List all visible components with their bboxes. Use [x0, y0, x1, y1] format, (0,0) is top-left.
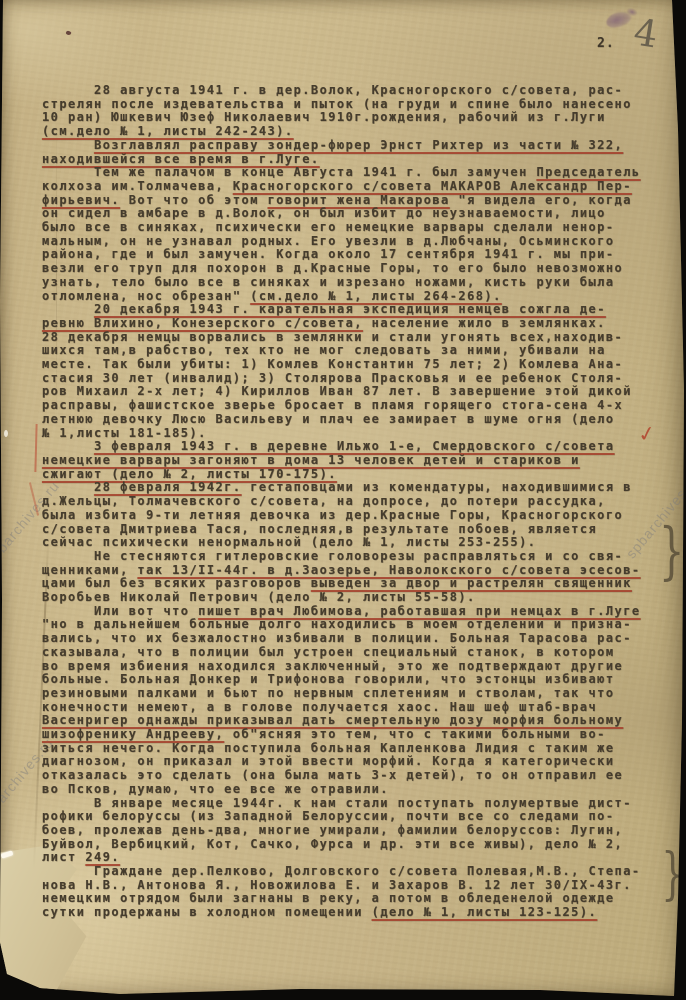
- red-underlined-text: Председатель: [536, 165, 640, 179]
- red-underlined-text: (см.дело № 1, листы 264-268).: [250, 289, 502, 303]
- typewritten-text: 28 августа 1941 г. в дер.Волок, Красного…: [42, 83, 632, 124]
- red-underlined-text: 28 февраля 1942г.: [94, 480, 241, 494]
- typewritten-text: [42, 480, 94, 494]
- red-underlined-text: так 13/II-44г. в д.Заозерье, Наволокског…: [137, 563, 640, 577]
- typewritten-text: В январе месяце 1944г. к нам стали посту…: [42, 796, 632, 865]
- paragraph: 28 августа 1941 г. в дер.Волок, Красного…: [42, 84, 674, 139]
- paragraph: Граждане дер.Пелково, Долговского с/сове…: [42, 865, 674, 920]
- text-block: 28 августа 1941 г. в дер.Волок, Красного…: [42, 84, 674, 920]
- typewritten-text: [42, 302, 94, 316]
- typewritten-text: [42, 138, 94, 152]
- paragraph: Возглавлял расправу зондер-фюрер Эрнст Р…: [42, 139, 674, 166]
- scanned-archive-page: { "page": { "page_number": "2.", "handwr…: [0, 0, 686, 1000]
- typewritten-text: [42, 439, 94, 453]
- red-underlined-text: выведен за двор и растрелян священник: [311, 576, 632, 590]
- paragraph: Не стесняются гитлеровские головорезы ра…: [42, 550, 674, 605]
- red-underlined-text: 249.: [85, 850, 120, 864]
- paragraph: 28 февраля 1942г. гестаповцами из коменд…: [42, 481, 674, 550]
- paragraph: Или вот что пишет врач Любимова, работав…: [42, 605, 674, 797]
- paragraph: Тем же палачом в конце Августа 1941 г. б…: [42, 166, 674, 303]
- typewritten-text: Вот что об этом: [120, 193, 267, 207]
- red-underlined-text: Возглавлял расправу зондер-фюрер Эрнст Р…: [42, 138, 623, 166]
- ink-speck: [65, 30, 71, 36]
- paragraph: В январе месяце 1944г. к нам стали посту…: [42, 797, 674, 866]
- typewritten-text: Или вот что: [42, 604, 198, 618]
- paragraph: 20 декабря 1943 г. карательная экспедици…: [42, 303, 674, 440]
- document-sheet: spbarchives.ru spbarchives.ru spbarchive…: [0, 0, 686, 1000]
- typewritten-text: Воробьев Николай Петрович (дело № 2, лис…: [42, 590, 476, 604]
- paper-tear-speck: [4, 430, 8, 437]
- red-underlined-text: пишет врач Любимова, работавшая при немц…: [198, 604, 640, 618]
- page-number: 2.: [597, 36, 615, 51]
- paragraph: 3 февраля 1943 г. в деревне Ильжо 1-е, С…: [42, 440, 674, 481]
- typewritten-text: цами был без всяких разговоров: [42, 576, 311, 590]
- red-underlined-text: (см.дело № 1, листы 242-243).: [42, 124, 294, 138]
- typewritten-text: колхоза им.Толмачева,: [42, 179, 233, 193]
- red-underlined-text: (дело № 1, листы 123-125).: [372, 905, 598, 919]
- red-underlined-text: 3 февраля 1943 г. в деревне Ильжо 1-е, С…: [42, 439, 615, 480]
- red-margin-line: [34, 424, 37, 472]
- handwritten-page-mark: 4: [631, 10, 661, 56]
- red-underlined-text: говорит жена Макарова: [268, 193, 450, 207]
- typewritten-text: "но в дальнейшем больные долго находилис…: [42, 617, 632, 713]
- typewritten-text: Тем же палачом в конце Августа 1941 г. б…: [42, 165, 536, 179]
- typewritten-text: "я видела его, когда он сидел в амбаре в…: [42, 193, 632, 303]
- typewritten-text: население жило в землянках. 28 декабря н…: [42, 316, 632, 440]
